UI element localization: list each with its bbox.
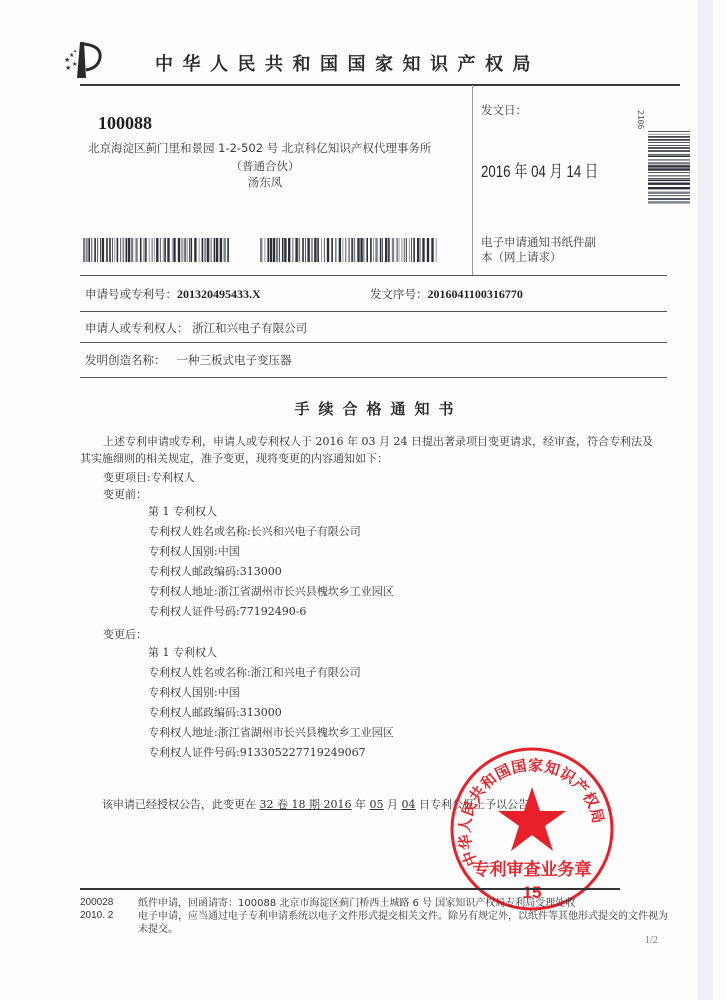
detail-line: 专利权人邮政编码:313000	[148, 704, 282, 720]
application-number-label: 申请号或专利号：	[85, 287, 177, 301]
vertical-code: 2106	[636, 110, 645, 129]
page-number: 1/2	[645, 935, 658, 946]
detail-line: 专利权人国别:中国	[148, 684, 240, 700]
form-version: 2010. 2	[80, 910, 113, 921]
detail-line: 专利权人姓名或名称:长兴和兴电子有限公司	[148, 523, 361, 539]
pub-volume: 32 卷 18 期 2016	[260, 798, 352, 811]
detail-line: 专利权人国别:中国	[148, 543, 240, 559]
dispatch-date: 2016 年 04 月 14 日	[481, 157, 598, 182]
scan-edge-strip	[698, 0, 713, 1000]
recipient-postcode: 100088	[98, 113, 152, 134]
row-rule	[80, 275, 667, 276]
detail-line: 专利权人地址:浙江省湖州市长兴县槐坎乡工业园区	[148, 724, 394, 740]
dispatch-serial-row: 发文序号：2016041100316770	[370, 286, 523, 302]
invention-title-label: 发明创造名称：	[85, 353, 166, 367]
dispatch-serial-label: 发文序号：	[370, 287, 428, 301]
after-label: 变更后：	[103, 626, 147, 642]
dispatch-serial: 2016041100316770	[428, 287, 523, 301]
agency-title: 中华人民共和国国家知识产权局	[155, 50, 540, 76]
pub-month: 05	[370, 798, 384, 811]
before-label: 变更前：	[103, 486, 147, 502]
notice-title: 手续合格通知书	[0, 398, 727, 419]
detail-line: 专利权人证件号码:77192490-6	[148, 603, 306, 619]
notice-intro: 上述专利申请或专利，申请人或专利权人于 2016 年 03 月 24 日提出著录…	[80, 433, 660, 467]
svg-text:✦: ✦	[73, 49, 77, 55]
patent-holder: 浙江和兴电子有限公司	[192, 321, 307, 335]
footer-rule	[80, 888, 620, 890]
svg-text:★: ★	[65, 64, 71, 72]
notice-page: ★ ★ ★ ★ ✦ 中华人民共和国国家知识产权局 100088 北京海淀区蓟门里…	[0, 0, 727, 1000]
detail-line: 专利权人证件号码:913305227719249067	[148, 744, 366, 760]
detail-line: 专利权人姓名或名称:浙江和兴电子有限公司	[148, 664, 361, 680]
row-rule	[80, 311, 667, 312]
invention-title-row: 发明创造名称： 一种三板式电子变压器	[85, 352, 291, 368]
footer-mail-note: 纸件申请，回函请寄：100088 北京市海淀区蓟门桥西土城路 6 号 国家知识产…	[138, 897, 668, 910]
detail-line: 第 1 专利权人	[148, 503, 217, 519]
detail-line: 专利权人地址:浙江省湖州市长兴县槐坎乡工业园区	[148, 583, 394, 599]
barcode-right	[260, 238, 437, 262]
vertical-barcode	[648, 131, 690, 205]
row-rule	[80, 342, 667, 343]
application-number: 201320495433.X	[177, 287, 261, 301]
recipient-name: 汤东凤	[145, 174, 385, 190]
dispatch-date-label: 发文日：	[481, 102, 527, 118]
change-item: 变更项目:专利权人	[103, 469, 195, 485]
row-rule	[80, 377, 667, 378]
patent-holder-label: 申请人或专利权人：	[85, 321, 189, 335]
copy-note: 电子申请通知书纸件副本（网上请求）	[481, 235, 606, 265]
recipient-address-note: （普通合伙）	[145, 158, 385, 174]
footer-electronic-note: 电子申请，应当通过电子专利申请系统以电子文件形式提交相关文件。除另有规定外，以纸…	[138, 910, 668, 936]
form-code: 200028	[80, 897, 113, 908]
detail-line: 专利权人邮政编码:313000	[148, 563, 282, 579]
detail-line: 第 1 专利权人	[148, 644, 217, 660]
svg-text:专利审查业务章: 专利审查业务章	[473, 859, 592, 880]
header-rule	[80, 84, 680, 86]
recipient-address: 北京海淀区蓟门里和景园 1-2-502 号 北京科亿知识产权代理事务所	[88, 140, 468, 156]
application-number-row: 申请号或专利号：201320495433.X	[85, 286, 261, 302]
cnipa-logo-icon: ★ ★ ★ ★ ✦	[62, 40, 106, 80]
header-divider	[472, 85, 473, 275]
pub-day: 04	[402, 798, 416, 811]
invention-title: 一种三板式电子变压器	[176, 353, 291, 367]
barcode-left	[83, 238, 230, 262]
svg-text:★: ★	[72, 61, 77, 68]
patent-holder-row: 申请人或专利权人： 浙江和兴电子有限公司	[85, 320, 307, 336]
